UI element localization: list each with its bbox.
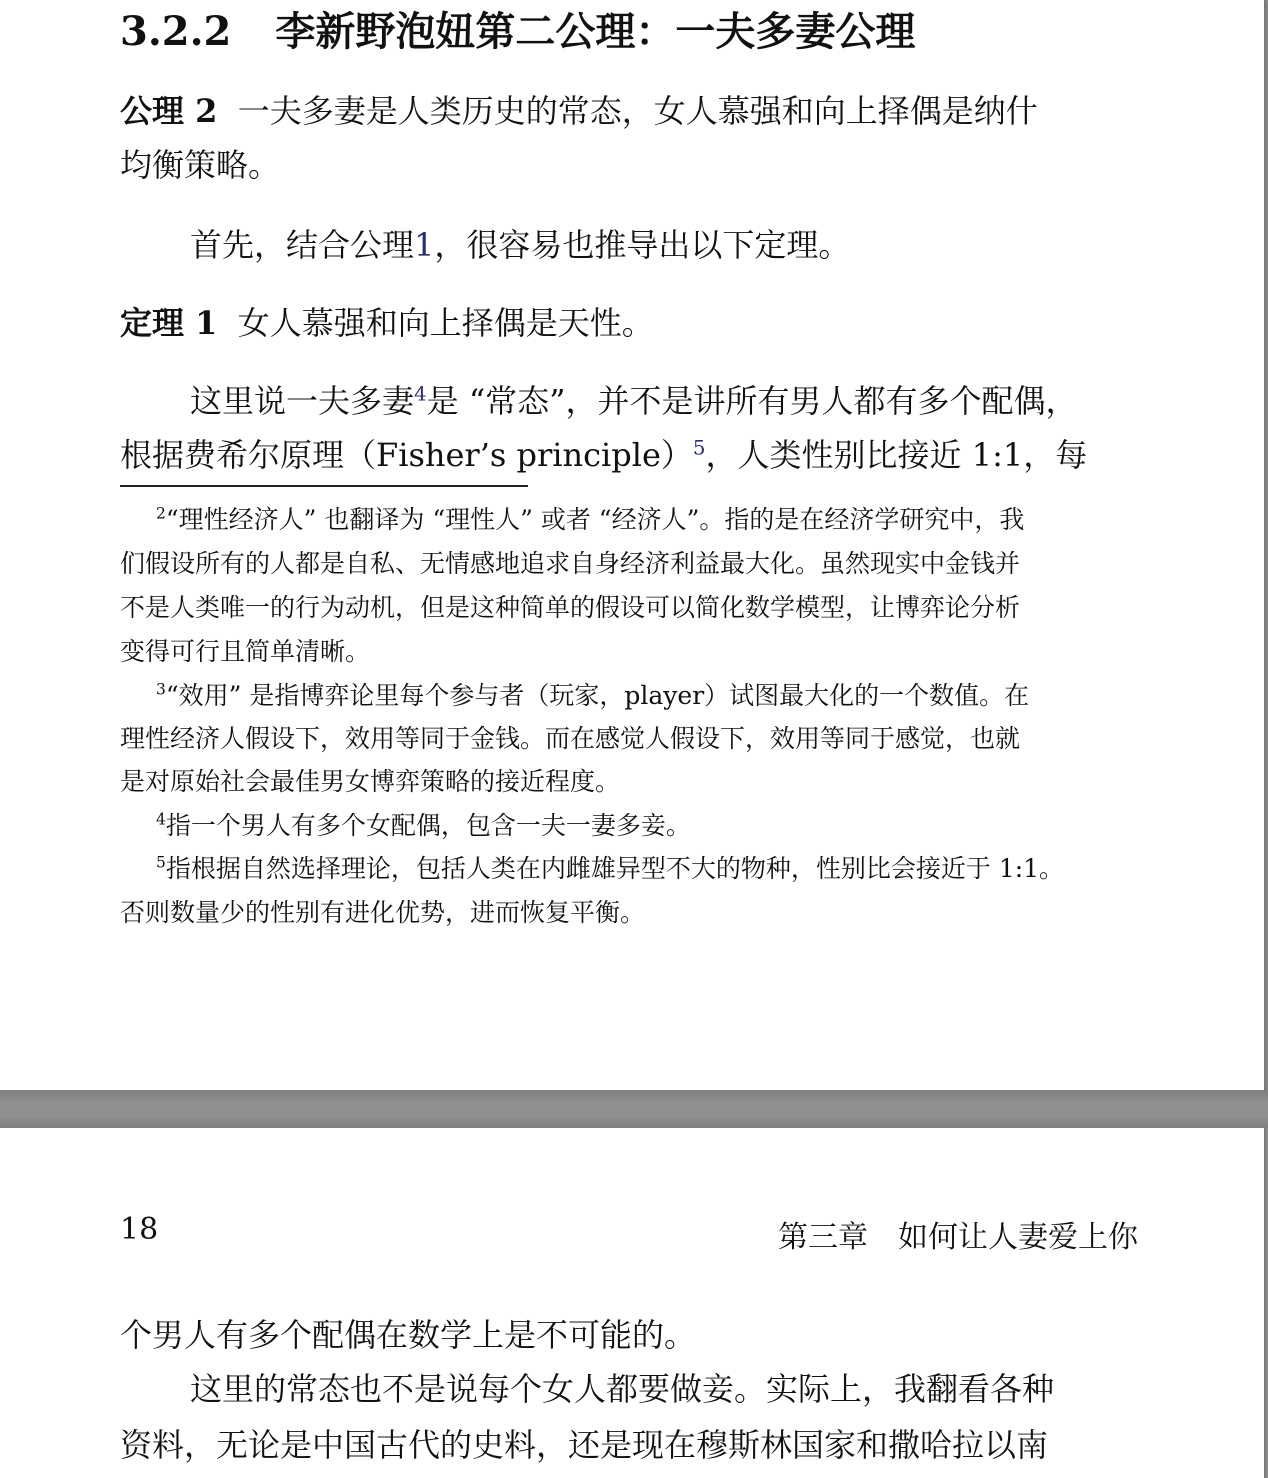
para2-text-c: 根据费希尔原理（Fisher’s principle） (120, 436, 693, 474)
footnote-ref-5[interactable]: 5 (693, 436, 706, 459)
paragraph-2-line-2: 根据费希尔原理（Fisher’s principle）5，人类性别比接近 1:1… (120, 430, 1087, 476)
footnote-2-line-3: 不是人类唯一的行为动机，但是这种简单的假设可以简化数学模型，让博弈论分析 (120, 588, 1020, 624)
section-heading: 3.2.2李新野泡妞第二公理：一夫多妻公理 (120, 0, 915, 57)
body-line-3: 资料，无论是中国古代的史料，还是现在穆斯林国家和撒哈拉以南 (120, 1420, 1048, 1466)
section-title: 李新野泡妞第二公理：一夫多妻公理 (275, 9, 915, 55)
footnote-2-line-2: 们假设所有的人都是自私、无情感地追求自身经济利益最大化。虽然现实中金钱并 (120, 544, 1020, 580)
paragraph-1: 首先，结合公理1，很容易也推导出以下定理。 (190, 220, 850, 266)
body-line-2: 这里的常态也不是说每个女人都要做妾。实际上，我翻看各种 (190, 1364, 1054, 1410)
footnote-3-line-3: 是对原始社会最佳男女博弈策略的接近程度。 (120, 762, 620, 798)
footnote-3-line-2: 理性经济人假设下，效用等同于金钱。而在感觉人假设下，效用等同于感觉，也就 (120, 719, 1020, 755)
footnote-4-line-1: 4指一个男人有多个女配偶，包含一夫一妻多妾。 (156, 806, 691, 842)
axiom-line-1: 公理 2 一夫多妻是人类历史的常态，女人慕强和向上择偶是纳什 (120, 86, 1138, 132)
section-number: 3.2.2 (120, 8, 231, 55)
footnote-3-mark: 3 (156, 681, 166, 699)
page-separator (0, 1090, 1268, 1128)
theorem-label: 定理 1 (120, 304, 217, 342)
footnote-text: 指根据自然选择理论，包括人类在内雌雄异型不大的物种，性别比会接近于 1:1。 (166, 854, 1064, 883)
running-header: 18 第三章 如何让人妻爱上你 (120, 1212, 1138, 1256)
footnote-5-line-1: 5指根据自然选择理论，包括人类在内雌雄异型不大的物种，性别比会接近于 1:1。 (156, 849, 1064, 885)
para1-text-b: ，很容易也推导出以下定理。 (434, 226, 850, 264)
para2-text-a: 这里说一夫多妻 (190, 382, 414, 420)
theorem: 定理 1 女人慕强和向上择偶是天性。 (120, 298, 654, 344)
axiom-text: 一夫多妻是人类历史的常态，女人慕强和向上择偶是纳什 (238, 92, 1038, 130)
footnote-2-line-1: 2“理性经济人” 也翻译为 “理性人” 或者 “经济人”。指的是在经济学研究中，… (156, 500, 1024, 536)
footnote-text: 指一个男人有多个女配偶，包含一夫一妻多妾。 (166, 811, 691, 840)
footnote-2-line-4: 变得可行且简单清晰。 (120, 632, 370, 668)
page-number: 18 (120, 1212, 158, 1256)
footnote-4-mark: 4 (156, 811, 166, 829)
para2-text-b: 是 “常态”，并不是讲所有男人都有多个配偶， (427, 382, 1078, 420)
axiom-line-2: 均衡策略。 (120, 140, 280, 186)
footnote-5-mark: 5 (156, 854, 166, 872)
pdf-page-bottom: 18 第三章 如何让人妻爱上你 个男人有多个配偶在数学上是不可能的。 这里的常态… (0, 1128, 1266, 1478)
paragraph-2-line-1: 这里说一夫多妻4是 “常态”，并不是讲所有男人都有多个配偶， (190, 376, 1078, 422)
pdf-page-top: 3.2.2李新野泡妞第二公理：一夫多妻公理 公理 2 一夫多妻是人类历史的常态，… (0, 0, 1266, 1090)
para2-text-d: ，人类性别比接近 1:1，每 (706, 436, 1088, 474)
axiom-ref-link[interactable]: 1 (414, 226, 434, 264)
footnote-rule (120, 485, 528, 487)
chapter-title: 第三章 如何让人妻爱上你 (778, 1212, 1138, 1256)
footnote-text: “效用” 是指博弈论里每个参与者（玩家，player）试图最大化的一个数值。在 (166, 681, 1029, 710)
footnote-text: “理性经济人” 也翻译为 “理性人” 或者 “经济人”。指的是在经济学研究中，我 (166, 505, 1024, 534)
footnote-5-line-2: 否则数量少的性别有进化优势，进而恢复平衡。 (120, 893, 645, 929)
theorem-text: 女人慕强和向上择偶是天性。 (238, 304, 654, 342)
footnote-2-mark: 2 (156, 505, 166, 523)
body-line-1: 个男人有多个配偶在数学上是不可能的。 (120, 1310, 696, 1356)
footnote-ref-4[interactable]: 4 (414, 382, 427, 405)
para1-text-a: 首先，结合公理 (190, 226, 414, 264)
axiom-label: 公理 2 (120, 92, 217, 130)
footnote-3-line-1: 3“效用” 是指博弈论里每个参与者（玩家，player）试图最大化的一个数值。在 (156, 676, 1029, 712)
